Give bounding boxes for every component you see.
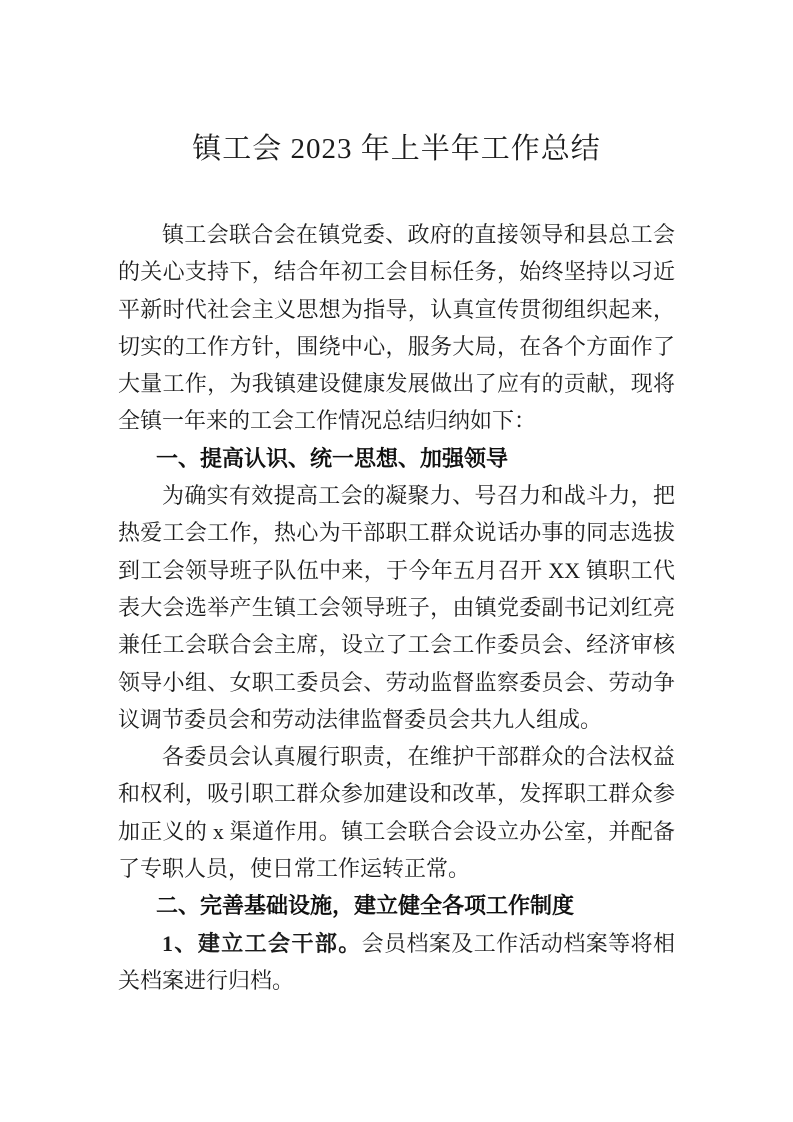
paragraph-archives-lead: 1、建立工会干部。 bbox=[162, 931, 362, 956]
section-heading-2: 二、完善基础设施，建立健全各项工作制度 bbox=[118, 887, 675, 924]
paragraph-committees: 各委员会认真履行职责，在维护干部群众的合法权益和权利，吸引职工群众参加建设和改革… bbox=[118, 738, 675, 887]
paragraph-archives: 1、建立工会干部。会员档案及工作活动档案等将相关档案进行归档。 bbox=[118, 925, 675, 1000]
section-heading-1: 一、提高认识、统一思想、加强领导 bbox=[118, 440, 675, 477]
paragraph-intro: 镇工会联合会在镇党委、政府的直接领导和县总工会的关心支持下，结合年初工会目标任务… bbox=[118, 216, 675, 440]
document-title: 镇工会 2023 年上半年工作总结 bbox=[118, 131, 675, 168]
document-page: 镇工会 2023 年上半年工作总结 镇工会联合会在镇党委、政府的直接领导和县总工… bbox=[0, 0, 793, 1122]
paragraph-leadership: 为确实有效提高工会的凝聚力、号召力和战斗力，把热爱工会工作，热心为干部职工群众说… bbox=[118, 477, 675, 738]
